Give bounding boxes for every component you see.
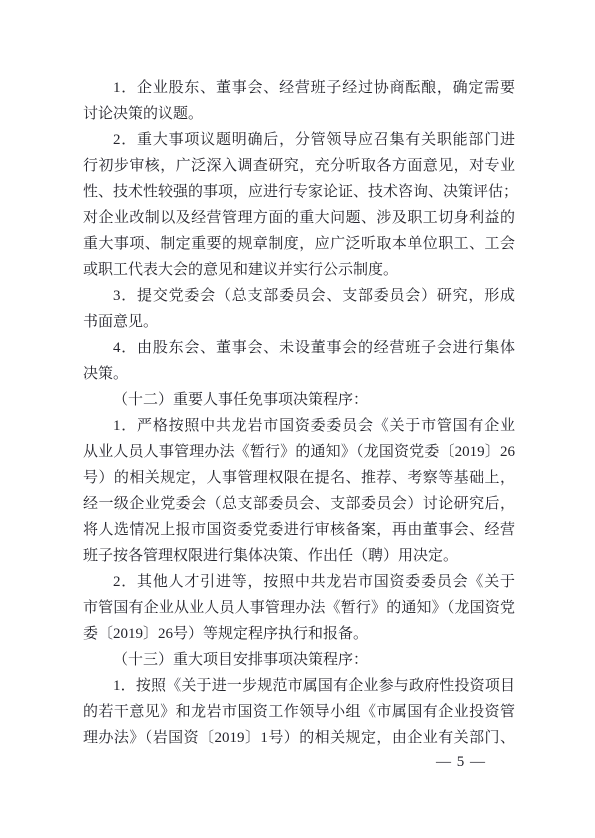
body-text-line: 或职工代表大会的意见和建议并实行公示制度。	[83, 257, 515, 283]
section-heading: （十三）重大项目安排事项决策程序：	[83, 647, 515, 673]
body-text-line: 的若干意见》和龙岩市国资工作领导小组《市属国有企业投资管	[83, 699, 515, 725]
body-text-line: 1．按照《关于进一步规范市属国有企业参与政府性投资项目	[83, 673, 515, 699]
body-text-line: 书面意见。	[83, 309, 515, 335]
body-text-line: 委〔2019〕26号）等规定程序执行和报备。	[83, 621, 515, 647]
body-text-line: 对企业改制以及经营管理方面的重大问题、涉及职工切身利益的	[83, 205, 515, 231]
body-text-line: 4．由股东会、董事会、未设董事会的经营班子会进行集体	[83, 335, 515, 361]
body-text-line: 重大事项、制定重要的规章制度，应广泛听取本单位职工、工会	[83, 231, 515, 257]
body-text-line: 行初步审核，广泛深入调查研究，充分听取各方面意见，对专业	[83, 153, 515, 179]
body-text-line: 经一级企业党委会（总支部委员会、支部委员会）讨论研究后，	[83, 491, 515, 517]
body-text-line: 从业人员人事管理办法《暂行》的通知》（龙国资党委〔2019〕26	[83, 439, 515, 465]
body-text-line: 理办法》（岩国资〔2019〕1号）的相关规定，由企业有关部门、	[83, 725, 515, 751]
section-heading: （十二）重要人事任免事项决策程序：	[83, 387, 515, 413]
body-text-line: 班子按各管理权限进行集体决策、作出任（聘）用决定。	[83, 543, 515, 569]
document-page: 1．企业股东、董事会、经营班子经过协商酝酿，确定需要 讨论决策的议题。 2．重大…	[0, 0, 595, 838]
body-text-line: 1．企业股东、董事会、经营班子经过协商酝酿，确定需要	[83, 75, 515, 101]
body-text-line: 2．重大事项议题明确后，分管领导应召集有关职能部门进	[83, 127, 515, 153]
body-text-line: 性、技术性较强的事项，应进行专家论证、技术咨询、决策评估；	[83, 179, 515, 205]
page-number: — 5 —	[436, 753, 486, 771]
body-text-line: 1．严格按照中共龙岩市国资委委员会《关于市管国有企业	[83, 413, 515, 439]
body-text-line: 号）的相关规定，人事管理权限在提名、推荐、考察等基础上，	[83, 465, 515, 491]
body-text-line: 讨论决策的议题。	[83, 101, 515, 127]
body-text-line: 2．其他人才引进等，按照中共龙岩市国资委委员会《关于	[83, 569, 515, 595]
body-text-line: 决策。	[83, 361, 515, 387]
body-text-line: 市管国有企业从业人员人事管理办法《暂行》的通知》（龙国资党	[83, 595, 515, 621]
document-text-block: 1．企业股东、董事会、经营班子经过协商酝酿，确定需要 讨论决策的议题。 2．重大…	[83, 75, 515, 751]
body-text-line: 将人选情况上报市国资委党委进行审核备案，再由董事会、经营	[83, 517, 515, 543]
body-text-line: 3．提交党委会（总支部委员会、支部委员会）研究，形成	[83, 283, 515, 309]
